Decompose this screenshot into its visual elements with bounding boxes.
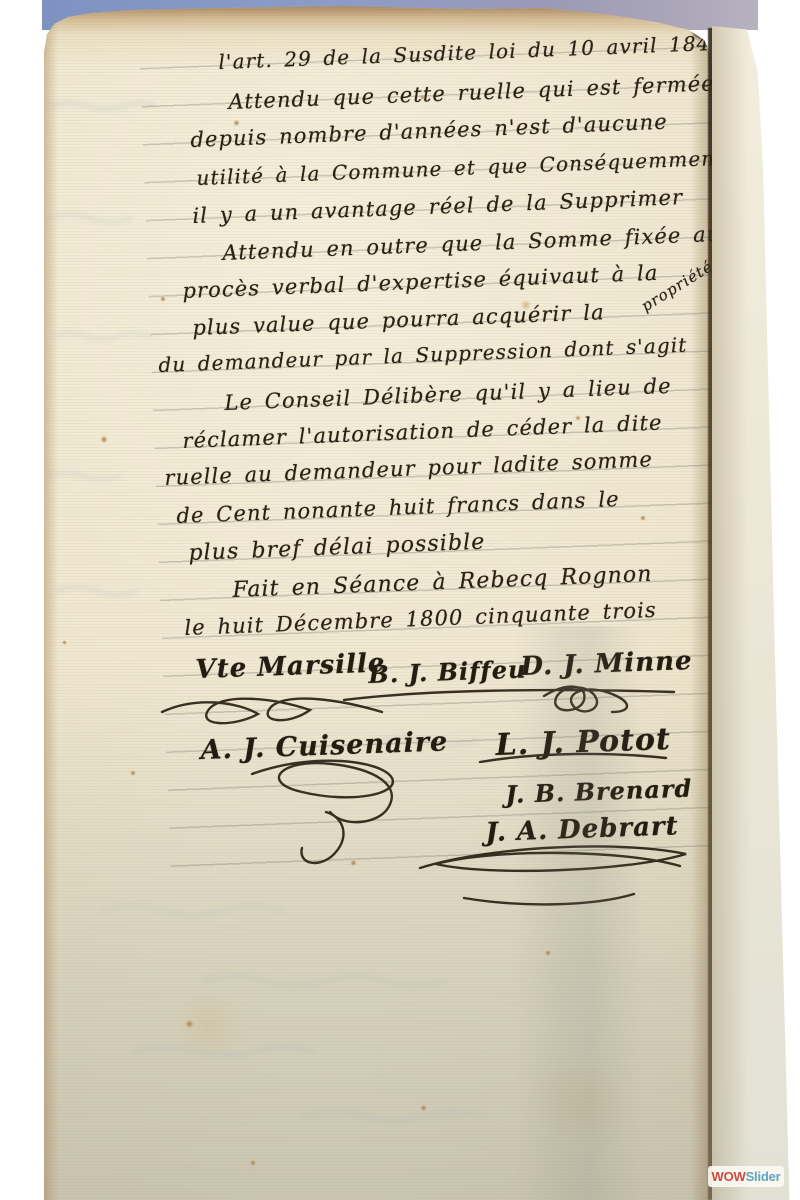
foxing-spot bbox=[420, 95, 425, 100]
foxing-spot bbox=[164, 996, 254, 1056]
foxing-spot bbox=[250, 1160, 256, 1166]
foxing-spot bbox=[62, 640, 67, 645]
foxing-spot bbox=[130, 770, 136, 776]
foxing-spot bbox=[640, 515, 646, 521]
foxing-spot bbox=[575, 415, 581, 421]
signature-flourish-icon bbox=[44, 6, 712, 1200]
foxing-spot bbox=[233, 120, 240, 126]
foxing-spot bbox=[350, 860, 357, 866]
watermark-suffix: Slider bbox=[746, 1169, 781, 1184]
wowslider-watermark[interactable]: WOWSlider bbox=[708, 1166, 784, 1187]
foxing-spot bbox=[524, 1066, 634, 1136]
foxing-spot bbox=[420, 1105, 427, 1111]
foxing-spot bbox=[100, 436, 108, 443]
foxing-spot bbox=[160, 296, 166, 302]
manuscript-page: l'art. 29 de la Susdite loi du 10 avril … bbox=[44, 6, 712, 1200]
adjacent-page-edge bbox=[712, 26, 800, 1200]
foxing-spot bbox=[520, 300, 532, 310]
foxing-spot bbox=[545, 950, 551, 956]
watermark-brand: WOW bbox=[712, 1169, 746, 1184]
photographed-manuscript: l'art. 29 de la Susdite loi du 10 avril … bbox=[0, 0, 800, 1200]
